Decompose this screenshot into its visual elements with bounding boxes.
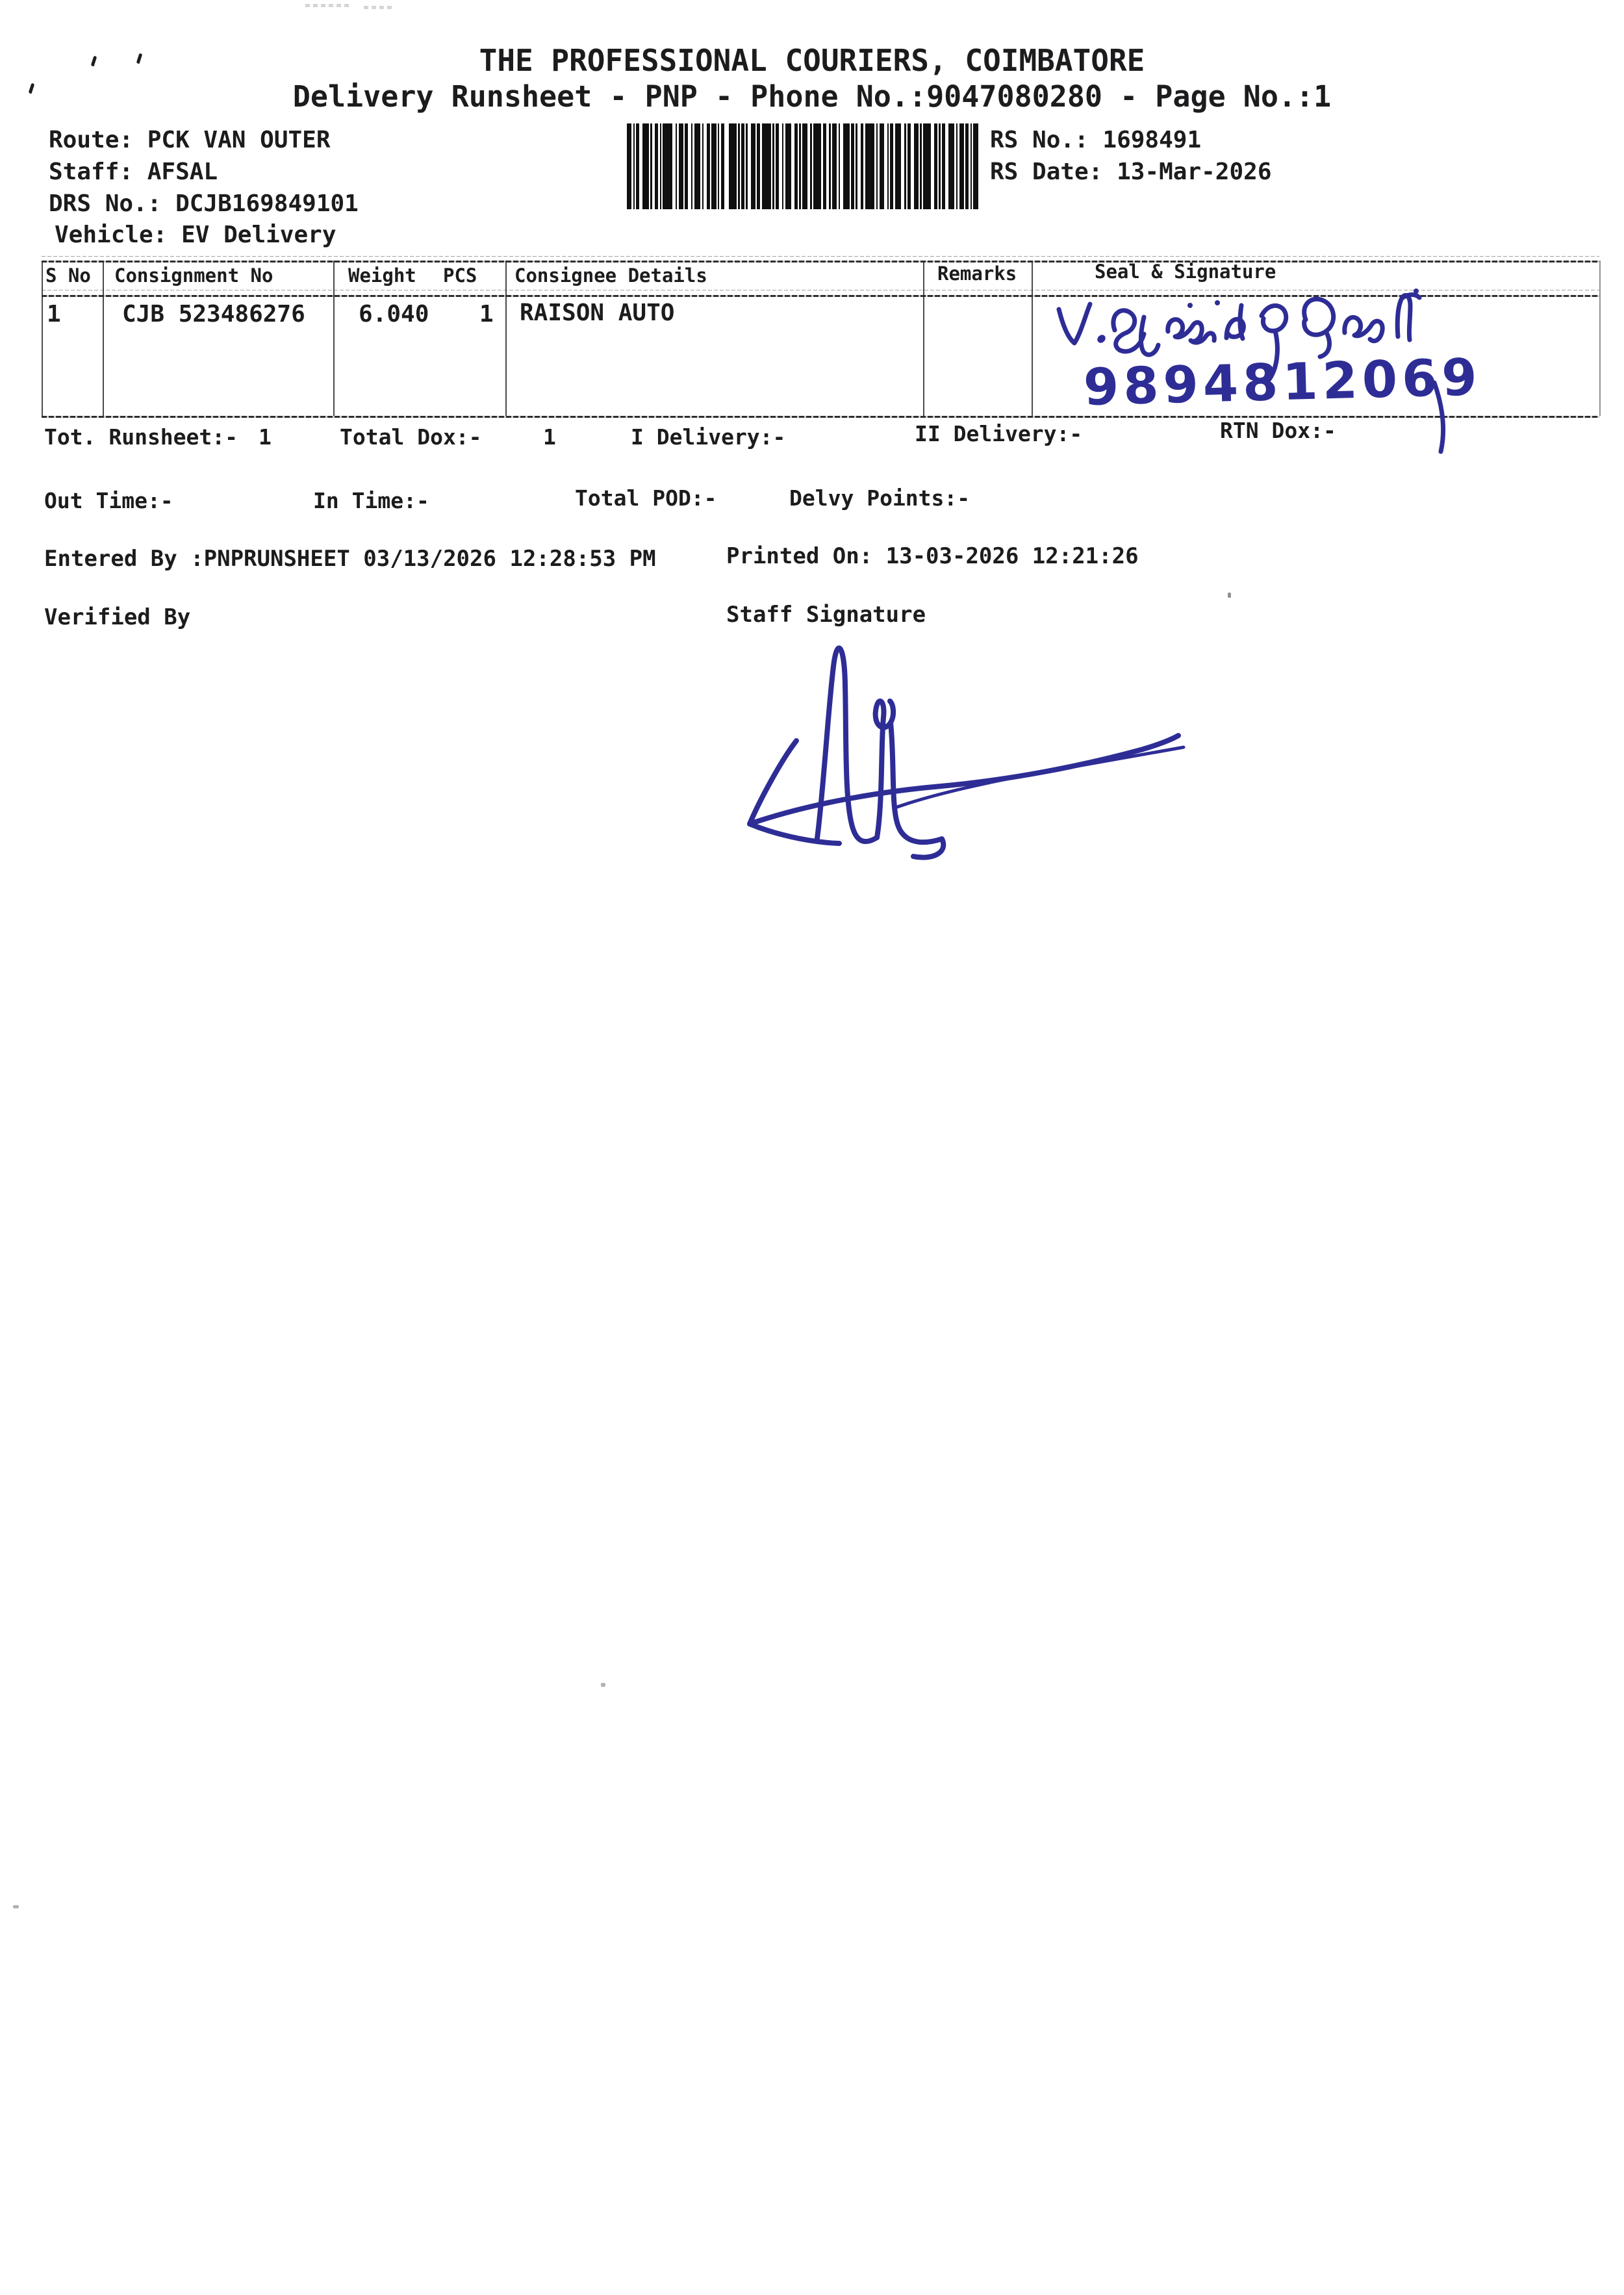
col-header-consignee: Consignee Details (514, 266, 707, 287)
out-time-label: Out Time:- (44, 489, 173, 513)
scan-artifact (601, 1683, 605, 1687)
barcode-bar (865, 123, 875, 209)
scan-artifact (364, 6, 394, 9)
barcode-bar (679, 123, 683, 209)
table-border (103, 261, 104, 416)
table-row-consignment-no: CJB 523486276 (122, 301, 305, 327)
route-row: Route: PCK VAN OUTER (49, 127, 331, 153)
barcode-bar (880, 123, 884, 209)
scan-artifact (305, 4, 352, 7)
barcode-bar (694, 123, 701, 209)
drs-row: DRS No.: DCJB169849101 (49, 191, 359, 217)
delivery-runsheet-document: THE PROFESSIONAL COURIERS, COIMBATORE De… (0, 0, 1624, 2295)
route-value: PCK VAN OUTER (147, 127, 331, 153)
table-border (42, 290, 1599, 290)
barcode-bar (832, 123, 837, 209)
barcode-bar (785, 123, 792, 209)
pen-stroke-descender (1423, 380, 1455, 455)
barcode-gap (724, 123, 729, 209)
tot-runsheet-value: 1 (259, 426, 272, 449)
table-border (1032, 261, 1033, 416)
tot-runsheet-label: Tot. Runsheet:- (44, 426, 238, 449)
rs-date-label: RS Date: (990, 159, 1102, 185)
in-time-label: In Time:- (313, 489, 429, 513)
rs-no-row: RS No.: 1698491 (990, 127, 1201, 153)
rs-date-value: 13-Mar-2026 (1117, 159, 1271, 185)
scan-artifact (1228, 593, 1231, 598)
verified-by-label: Verified By (44, 606, 190, 630)
table-border (42, 261, 1599, 263)
barcode-bar (762, 123, 772, 209)
staff-row: Staff: AFSAL (49, 159, 218, 185)
total-pod-label: Total POD:- (575, 487, 717, 510)
staff-value: AFSAL (147, 159, 218, 185)
barcode-bar (895, 123, 902, 209)
rs-no-value: 1698491 (1102, 127, 1201, 153)
barcode-bar (729, 123, 737, 209)
barcode-bar (642, 123, 649, 209)
table-border (333, 261, 335, 416)
staff-signature-label: Staff Signature (726, 603, 926, 627)
rtn-dox-label: RTN Dox:- (1220, 419, 1336, 442)
route-label: Route: (49, 127, 133, 153)
page-title: THE PROFESSIONAL COURIERS, COIMBATORE (0, 44, 1624, 77)
vehicle-label: Vehicle: (55, 222, 167, 248)
col-header-seal-signature: Seal & Signature (1095, 262, 1276, 283)
table-border (505, 261, 507, 416)
page-subtitle: Delivery Runsheet - PNP - Phone No.:9047… (0, 81, 1624, 113)
rs-barcode-icon (627, 123, 982, 209)
vehicle-value: EV Delivery (181, 222, 336, 248)
table-border (42, 416, 1599, 418)
col-header-weight: Weight (348, 266, 416, 287)
barcode-bar (914, 123, 919, 209)
staff-handwritten-signature (720, 638, 1187, 872)
col-header-remarks: Remarks (937, 264, 1017, 285)
barcode-bar (627, 123, 631, 209)
delvy-points-label: Delvy Points:- (789, 487, 970, 510)
table-row-consignee: RAISON AUTO (520, 300, 674, 326)
staff-label: Staff: (49, 159, 133, 185)
rs-date-row: RS Date: 13-Mar-2026 (990, 159, 1272, 185)
table-row-weight: 6.040 (359, 301, 429, 327)
rs-no-label: RS No.: (990, 127, 1089, 153)
table-border (1599, 261, 1601, 416)
table-border (42, 261, 43, 416)
i-delivery-label: I Delivery:- (631, 426, 785, 449)
col-header-sno: S No (45, 266, 91, 287)
vehicle-row: Vehicle: EV Delivery (55, 222, 336, 248)
col-header-pcs: PCS (443, 266, 477, 287)
table-border (923, 261, 924, 416)
drs-label: DRS No.: (49, 190, 161, 217)
table-border (42, 256, 1599, 257)
printed-on-text: Printed On: 13-03-2026 12:21:26 (726, 545, 1139, 569)
ii-delivery-label: II Delivery:- (915, 422, 1082, 446)
barcode-bar (973, 123, 978, 209)
barcode-gap (978, 123, 982, 209)
barcode-bar (948, 123, 955, 209)
barcode-bar (843, 123, 850, 209)
barcode-bar (663, 123, 672, 209)
barcode-bar (959, 123, 964, 209)
barcode-bar (813, 123, 821, 209)
barcode-bar (751, 123, 755, 209)
col-header-consignment: Consignment No (114, 266, 273, 287)
barcode-bar (923, 123, 931, 209)
barcode-bar (711, 123, 716, 209)
total-dox-label: Total Dox:- (340, 426, 482, 449)
drs-value: DCJB169849101 (175, 190, 359, 217)
table-row-pcs: 1 (479, 301, 494, 327)
entered-by-text: Entered By :PNPRUNSHEET 03/13/2026 12:28… (44, 547, 656, 571)
barcode-bar (802, 123, 807, 209)
table-row-sno: 1 (47, 301, 61, 327)
scan-artifact (13, 1905, 19, 1908)
total-dox-value: 1 (543, 426, 556, 449)
